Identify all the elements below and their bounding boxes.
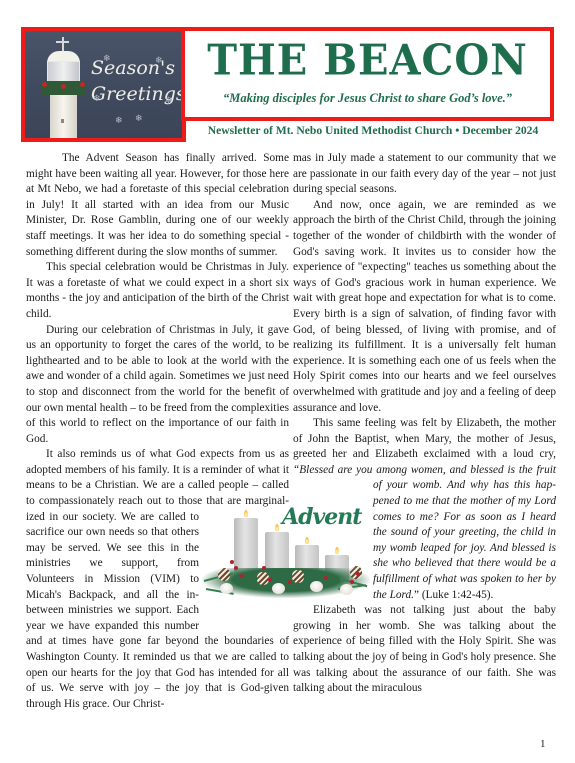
masthead-photo-frame: Season's Greetings ❄ ❄ ❄ ❄ ❄ ❄ <box>21 27 186 142</box>
tagline: “Making disciples for Jesus Christ to sh… <box>185 91 550 106</box>
paragraph: Elizabeth was not talking just about the… <box>293 603 556 697</box>
title-frame: THE BEACON “Making disciples for Jesus C… <box>181 27 554 121</box>
masthead: Season's Greetings ❄ ❄ ❄ ❄ ❄ ❄ THE BEACO… <box>21 27 554 142</box>
flame-icon <box>335 547 339 554</box>
paragraph: The Advent Season has finally arrived. S… <box>26 151 289 260</box>
cotton-flower <box>340 584 353 595</box>
paragraph: This special celebration would be Christ… <box>26 260 289 322</box>
snowflake-icon: ❄ <box>155 55 163 66</box>
snowflake-icon: ❄ <box>103 53 111 64</box>
cotton-flower <box>220 583 233 594</box>
article-right-column: mas in July made a statement to our comm… <box>293 151 556 697</box>
page-number: 1 <box>540 738 546 750</box>
newsletter-subline: Newsletter of Mt. Nebo United Methodist … <box>192 124 554 137</box>
snowflake-icon: ❄ <box>93 93 101 104</box>
lighthouse-seasons-greetings-image: Season's Greetings ❄ ❄ ❄ ❄ ❄ ❄ <box>25 31 182 138</box>
advent-candles-image: Advent <box>200 500 370 600</box>
pinecone <box>292 570 304 583</box>
paragraph: mas in July made a statement to our comm… <box>293 151 556 198</box>
pinecone <box>218 568 230 581</box>
snowflake-icon: ❄ <box>115 115 123 126</box>
flame-icon <box>305 537 309 544</box>
flame-icon <box>244 510 248 517</box>
cotton-flower <box>310 581 323 592</box>
flame-icon <box>275 524 279 531</box>
newsletter-title: THE BEACON <box>185 36 550 86</box>
snowflake-icon: ❄ <box>135 113 143 124</box>
paragraph: And now, once again, we are reminded as … <box>293 198 556 416</box>
paragraph: During our celebration of Christmas in J… <box>26 323 289 448</box>
article-left-column: The Advent Season has finally arrived. S… <box>26 151 289 712</box>
advent-word: Advent <box>282 504 361 530</box>
lighthouse-lantern <box>47 61 80 83</box>
snowflake-icon: ❄ <box>165 95 173 106</box>
lighthouse-tower <box>50 91 77 138</box>
cotton-flower <box>272 583 285 594</box>
